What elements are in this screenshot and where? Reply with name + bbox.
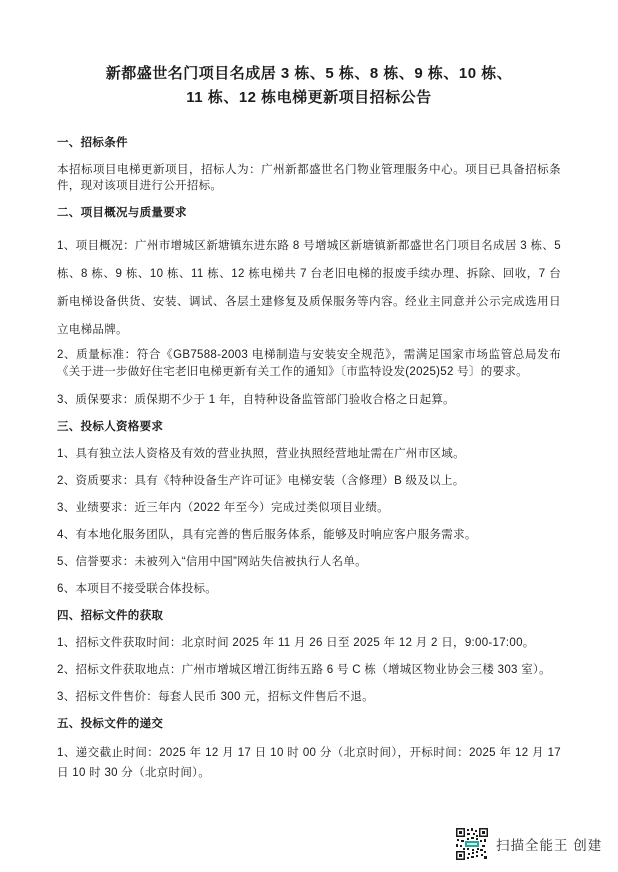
document-content: 新都盛世名门项目名成居 3 栋、5 栋、8 栋、9 栋、10 栋、 11 栋、1… xyxy=(0,0,618,783)
warranty-requirement-paragraph: 3、质保要求：质保期不少于 1 年，自特种设备监管部门验收合格之日起算。 xyxy=(57,392,561,408)
tender-conditions-paragraph: 本招标项目电梯更新项目，招标人为：广州新都盛世名门物业管理服务中心。项目已具备招… xyxy=(57,162,561,194)
watermark-label: 扫描全能王 创建 xyxy=(496,834,602,854)
section-heading-project-overview: 二、项目概况与质量要求 xyxy=(57,205,561,221)
qualification-item-2: 2、资质要求：具有《特种设备生产许可证》电梯安装（含修理）B 级及以上。 xyxy=(57,473,561,489)
qualification-item-5: 5、信誉要求：未被列入“信用中国”网站失信被执行人名单。 xyxy=(57,554,561,570)
qualification-item-6: 6、本项目不接受联合体投标。 xyxy=(57,581,561,597)
section-heading-bidder-qualifications: 三、投标人资格要求 xyxy=(57,419,561,435)
section-heading-document-acquisition: 四、招标文件的获取 xyxy=(57,608,561,624)
section-heading-bid-submission: 五、投标文件的递交 xyxy=(57,716,561,732)
qr-code-icon xyxy=(456,828,488,860)
acquisition-location-paragraph: 2、招标文件获取地点：广州市增城区增江街纬五路 6 号 C 栋（增城区物业协会三… xyxy=(57,662,561,678)
section-heading-tender-conditions: 一、招标条件 xyxy=(57,135,561,151)
quality-standard-paragraph: 2、质量标准：符合《GB7588-2003 电梯制造与安装安全规范》，需满足国家… xyxy=(57,347,561,381)
qualification-item-3: 3、业绩要求：近三年内（2022 年至今）完成过类似项目业绩。 xyxy=(57,500,561,516)
qualification-item-1: 1、具有独立法人资格及有效的营业执照，营业执照经营地址需在广州市区域。 xyxy=(57,446,561,462)
title-line-1: 新都盛世名门项目名成居 3 栋、5 栋、8 栋、9 栋、10 栋、 xyxy=(57,62,561,86)
document-price-paragraph: 3、招标文件售价：每套人民币 300 元，招标文件售后不退。 xyxy=(57,689,561,705)
document-page: 新都盛世名门项目名成居 3 栋、5 栋、8 栋、9 栋、10 栋、 11 栋、1… xyxy=(0,0,618,872)
camscanner-watermark: 扫描全能王 创建 xyxy=(456,828,602,860)
title-line-2: 11 栋、12 栋电梯更新项目招标公告 xyxy=(57,86,561,110)
project-overview-paragraph: 1、项目概况：广州市增城区新塘镇东进东路 8 号增城区新塘镇新都盛世名门项目名成… xyxy=(57,232,561,344)
qualification-item-4: 4、有本地化服务团队，具有完善的售后服务体系，能够及时响应客户服务需求。 xyxy=(57,527,561,543)
submission-deadline-paragraph: 1、递交截止时间：2025 年 12 月 17 日 10 时 00 分（北京时间… xyxy=(57,743,561,783)
document-title: 新都盛世名门项目名成居 3 栋、5 栋、8 栋、9 栋、10 栋、 11 栋、1… xyxy=(57,62,561,110)
acquisition-time-paragraph: 1、招标文件获取时间：北京时间 2025 年 11 月 26 日至 2025 年… xyxy=(57,635,561,651)
